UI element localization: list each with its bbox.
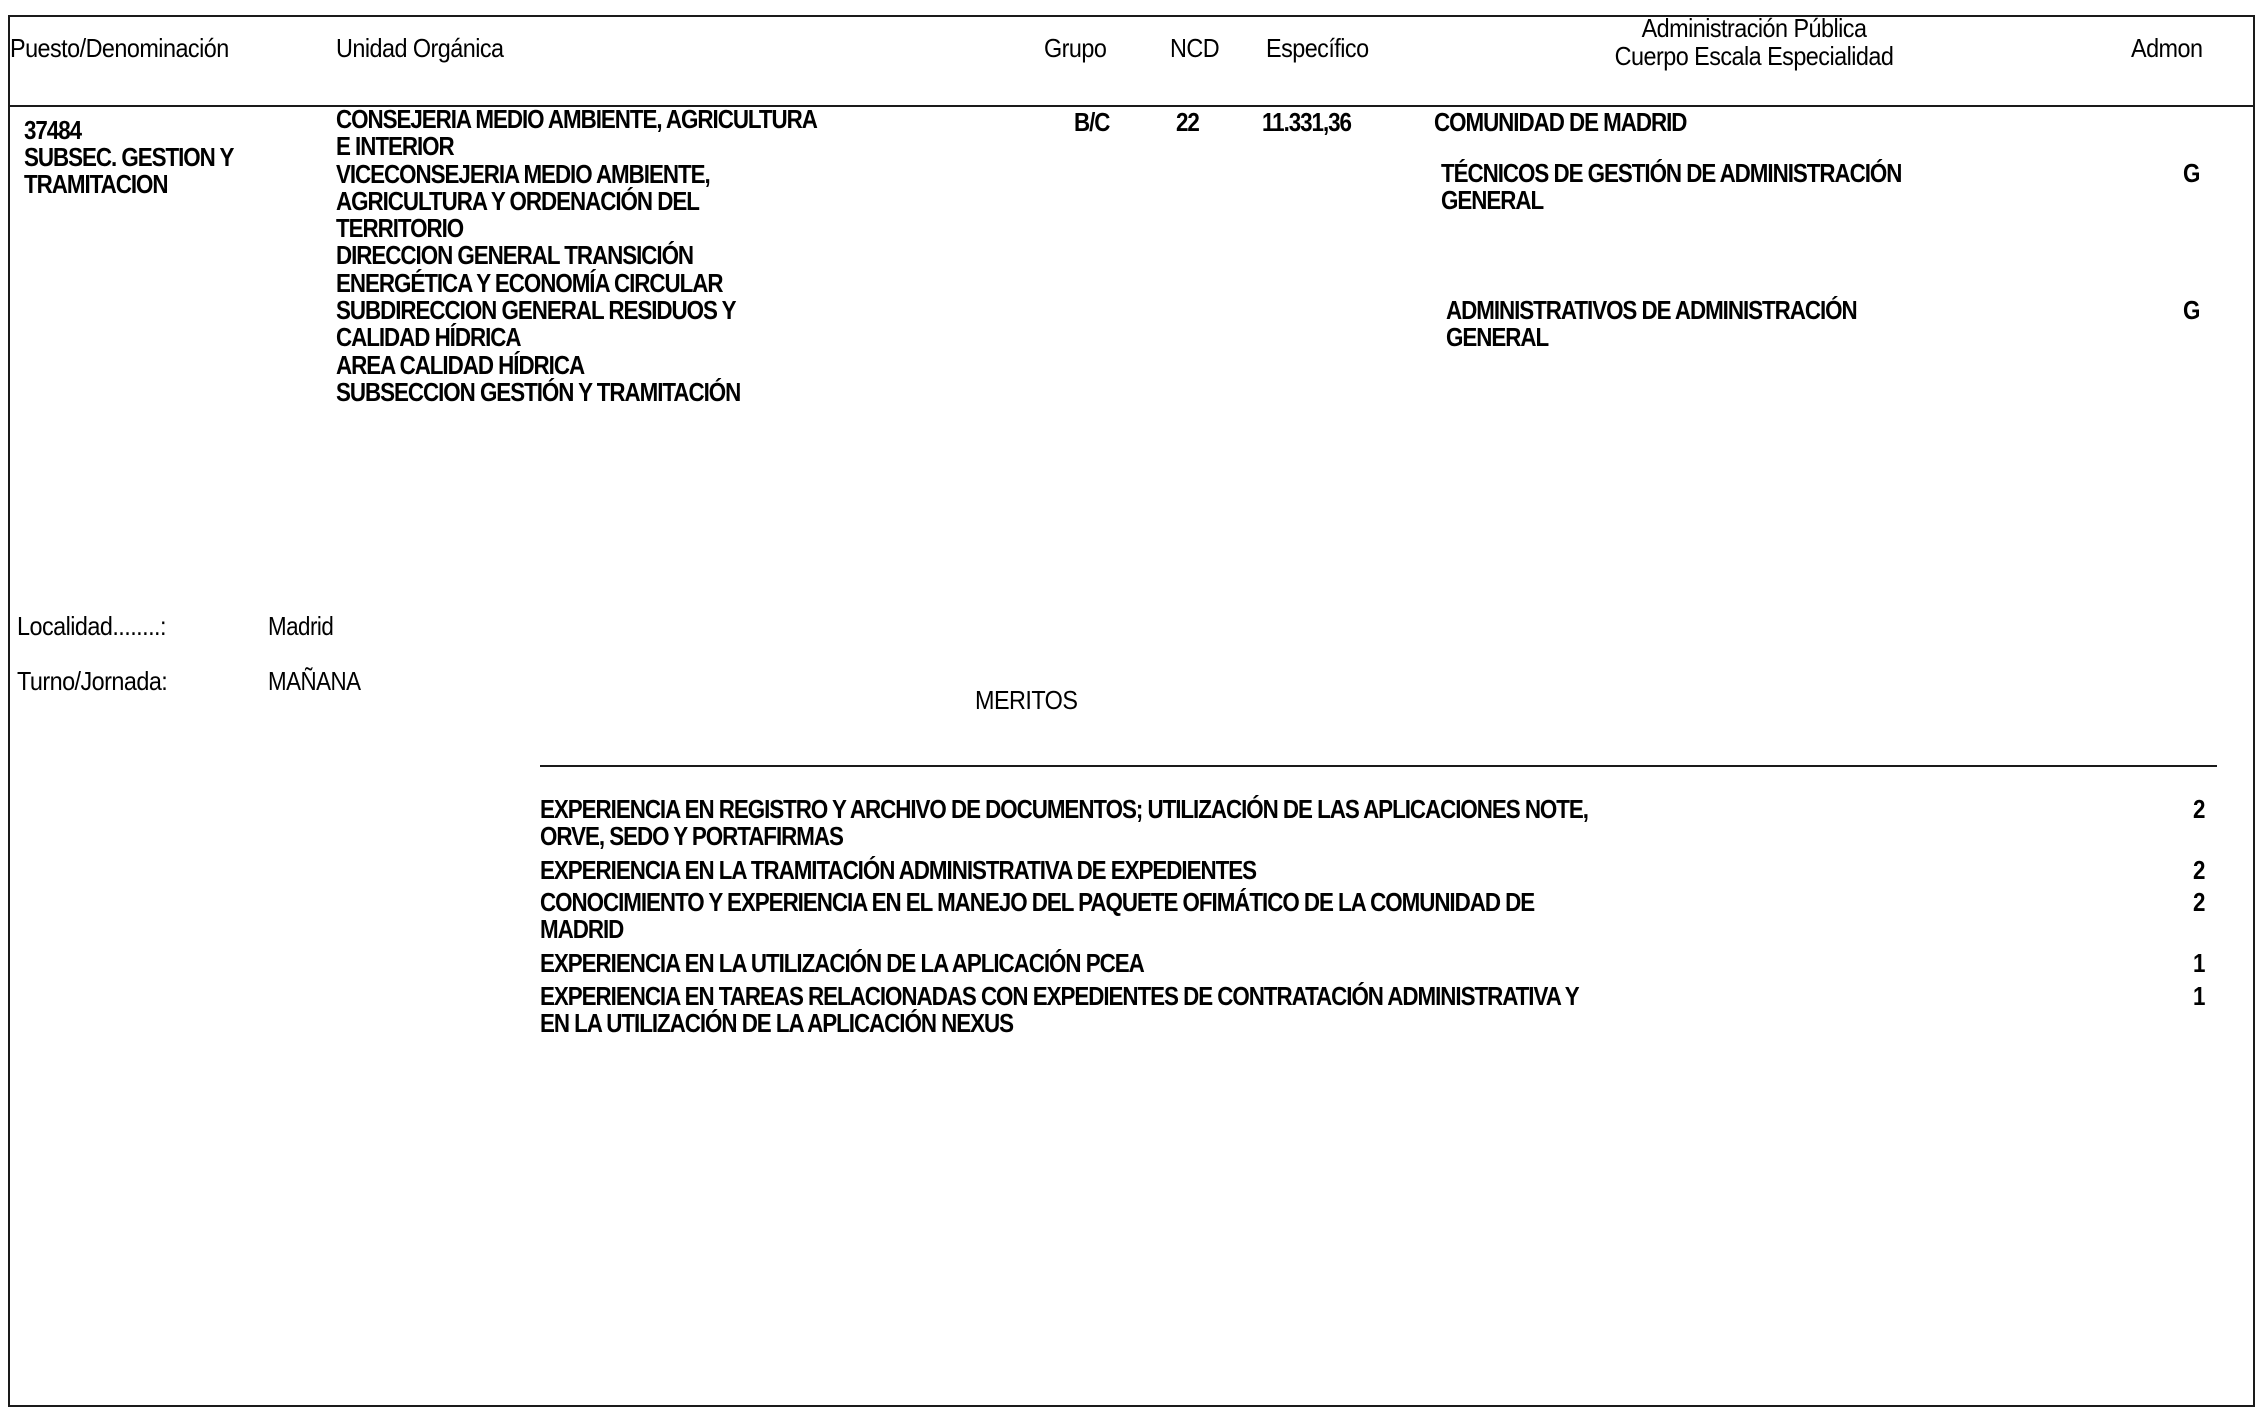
unidad-line: SUBDIRECCION GENERAL RESIDUOS Y [336,297,817,324]
header-grupo: Grupo [1044,35,1106,62]
unidad-line: CALIDAD HÍDRICA [336,324,817,351]
merito-item-3: CONOCIMIENTO Y EXPERIENCIA EN EL MANEJO … [540,889,1534,944]
unidad-line: TERRITORIO [336,215,817,242]
header-admin-publica-line2: Cuerpo Escala Especialidad [1574,43,1934,70]
grupo-value: B/C [1074,109,1109,136]
localidad-label: Localidad........: [17,613,166,640]
turno-label: Turno/Jornada: [17,668,167,695]
especifico-value: 11.331,36 [1262,109,1351,136]
merito-item-4: EXPERIENCIA EN LA UTILIZACIÓN DE LA APLI… [540,950,1144,977]
unidad-line: SUBSECCION GESTIÓN Y TRAMITACIÓN [336,379,817,406]
merito-line: ORVE, SEDO Y PORTAFIRMAS [540,823,1588,850]
puesto-name-line: SUBSEC. GESTION Y [24,144,233,171]
unidad-line: E INTERIOR [336,133,817,160]
merito-item-5: EXPERIENCIA EN TAREAS RELACIONADAS CON E… [540,983,1579,1038]
merito-line: EXPERIENCIA EN LA TRAMITACIÓN ADMINISTRA… [540,857,1256,884]
unidad-line: ENERGÉTICA Y ECONOMÍA CIRCULAR [336,270,817,297]
cuerpo-line: ADMINISTRATIVOS DE ADMINISTRACIÓN [1446,297,1857,324]
unidad-line: AGRICULTURA Y ORDENACIÓN DEL [336,188,817,215]
ncd-value: 22 [1176,109,1199,136]
meritos-title: MERITOS [975,687,1077,714]
header-unidad: Unidad Orgánica [336,35,504,62]
puesto-code: 37484 [24,117,81,144]
cuerpo-1: TÉCNICOS DE GESTIÓN DE ADMINISTRACIÓN GE… [1441,160,1901,215]
merito-points-2: 2 [2193,857,2204,884]
merito-points-1: 2 [2193,796,2204,823]
merito-points-5: 1 [2193,983,2204,1010]
unidad-line: VICECONSEJERIA MEDIO AMBIENTE, [336,161,817,188]
meritos-separator [540,765,2217,767]
merito-item-1: EXPERIENCIA EN REGISTRO Y ARCHIVO DE DOC… [540,796,1588,851]
unidad-line: DIRECCION GENERAL TRANSICIÓN [336,242,817,269]
header-admon: Admon [2131,35,2202,62]
header-admin-publica-line1: Administración Pública [1574,15,1934,42]
header-especifico: Específico [1266,35,1369,62]
puesto-name: SUBSEC. GESTION Y TRAMITACION [24,144,233,199]
merito-line: EXPERIENCIA EN REGISTRO Y ARCHIVO DE DOC… [540,796,1588,823]
administracion-value: COMUNIDAD DE MADRID [1434,109,1686,136]
header-puesto: Puesto/Denominación [10,35,229,62]
merito-line: EXPERIENCIA EN TAREAS RELACIONADAS CON E… [540,983,1579,1010]
merito-line: EN LA UTILIZACIÓN DE LA APLICACIÓN NEXUS [540,1010,1579,1037]
unidad-line: AREA CALIDAD HÍDRICA [336,352,817,379]
merito-line: EXPERIENCIA EN LA UTILIZACIÓN DE LA APLI… [540,950,1144,977]
puesto-name-line: TRAMITACION [24,171,233,198]
merito-line: MADRID [540,916,1534,943]
localidad-value: Madrid [268,613,333,640]
merito-points-4: 1 [2193,950,2204,977]
merito-points-3: 2 [2193,889,2204,916]
cuerpo-1-admon: G [2183,160,2199,187]
turno-value: MAÑANA [268,668,361,695]
unidad-organica: CONSEJERIA MEDIO AMBIENTE, AGRICULTURA E… [336,106,817,406]
cuerpo-line: GENERAL [1446,324,1857,351]
header-ncd: NCD [1170,35,1219,62]
cuerpo-line: TÉCNICOS DE GESTIÓN DE ADMINISTRACIÓN [1441,160,1901,187]
cuerpo-2: ADMINISTRATIVOS DE ADMINISTRACIÓN GENERA… [1446,297,1857,352]
merito-item-2: EXPERIENCIA EN LA TRAMITACIÓN ADMINISTRA… [540,857,1256,884]
cuerpo-2-admon: G [2183,297,2199,324]
cuerpo-line: GENERAL [1441,187,1901,214]
merito-line: CONOCIMIENTO Y EXPERIENCIA EN EL MANEJO … [540,889,1534,916]
unidad-line: CONSEJERIA MEDIO AMBIENTE, AGRICULTURA [336,106,817,133]
